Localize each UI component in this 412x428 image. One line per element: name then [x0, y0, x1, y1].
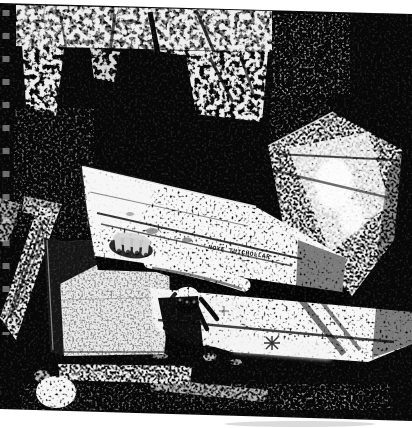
- halftone-grain-overlay: [0, 3, 412, 422]
- paper-smudge: [225, 421, 375, 427]
- crypt-photograph: NOYE TUICHOLLAR · M ··: [0, 0, 412, 428]
- newspaper-photo-figure: NOYE TUICHOLLAR · M ··: [0, 0, 412, 428]
